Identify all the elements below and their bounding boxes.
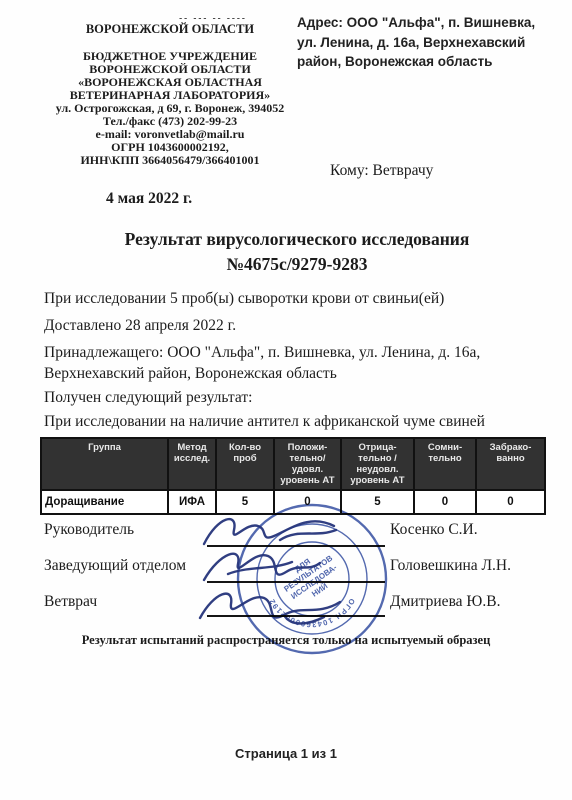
cell-method: ИФА — [168, 490, 216, 514]
signature-role-director: Руководитель — [44, 521, 134, 539]
col-header-negative: Отрица- тельно / неудовл. уровень АТ — [341, 438, 414, 490]
signature-name-veterinarian: Дмитриева Ю.В. — [390, 593, 500, 611]
results-table: Группа Метод исслед. Кол-во проб Положи-… — [40, 437, 546, 515]
cell-sample-count: 5 — [216, 490, 274, 514]
signature-scribble-director — [204, 519, 336, 544]
signature-line — [207, 615, 385, 617]
cell-group: Доращивание — [41, 490, 168, 514]
issuer-region-line: ВОРОНЕЖСКОЙ ОБЛАСТИ — [30, 22, 310, 37]
footer-disclaimer: Результат испытаний распространяется тол… — [0, 633, 572, 648]
stamp-center-line2: РЕЗУЛЬТАТОВ — [282, 554, 334, 594]
body-line-owner: Принадлежащего: ООО "Альфа", п. Вишневка… — [44, 342, 552, 363]
signature-line — [207, 545, 385, 547]
body-line-samples: При исследовании 5 проб(ы) сыворотки кро… — [44, 288, 552, 309]
svg-text:ОГРН 1043600002192: ОГРН 1043600002192 — [267, 597, 357, 629]
signature-role-department-head: Заведующий отделом — [44, 557, 186, 575]
document-date: 4 мая 2022 г. — [106, 190, 192, 208]
body-text: При исследовании 5 проб(ы) сыворотки кро… — [44, 288, 552, 453]
scanned-document-page: -- --- -- ---- ВОРОНЕЖСКОЙ ОБЛАСТИ БЮДЖЕ… — [0, 0, 572, 800]
cell-doubtful: 0 — [414, 490, 476, 514]
body-line-delivered: Доставлено 28 апреля 2022 г. — [44, 315, 552, 336]
recipient-label: Кому: Ветврачу — [330, 162, 433, 180]
stamp-center-line4: НИЙ — [310, 581, 330, 598]
recipient-address-line: Адрес: ООО "Альфа", п. Вишневка, — [297, 13, 563, 33]
issuer-inn-kpp: ИНН\КПП 3664056479/366401001 — [30, 154, 310, 167]
body-line-owner-2: Верхнехавский район, Воронежская область — [44, 363, 552, 384]
page-number-label: Страница 1 из 1 — [0, 746, 572, 761]
body-line-test-subject: При исследовании на наличие антител к аф… — [44, 411, 552, 432]
issuer-organization-block: БЮДЖЕТНОЕ УЧРЕЖДЕНИЕ ВОРОНЕЖСКОЙ ОБЛАСТИ… — [30, 50, 310, 167]
signature-name-department-head: Головешкина Л.Н. — [390, 557, 511, 575]
recipient-address-line: район, Воронежская область — [297, 52, 563, 72]
recipient-address-block: Адрес: ООО "Альфа", п. Вишневка, ул. Лен… — [297, 13, 563, 72]
col-header-positive: Положи- тельно/ удовл. уровень АТ — [274, 438, 341, 490]
table-row: Доращивание ИФА 5 0 5 0 0 — [41, 490, 545, 514]
col-header-rejected: Забрако- ванно — [476, 438, 545, 490]
col-header-method: Метод исслед. — [168, 438, 216, 490]
round-stamp — [238, 505, 386, 653]
stamp-center-line1: ДЛЯ — [293, 557, 312, 574]
signature-role-veterinarian: Ветврач — [44, 593, 97, 611]
cell-rejected: 0 — [476, 490, 545, 514]
cell-positive: 0 — [274, 490, 341, 514]
signature-scribble-veterinarian — [200, 594, 340, 624]
body-line-result-intro: Получен следующий результат: — [44, 387, 552, 408]
cell-negative: 5 — [341, 490, 414, 514]
signature-line — [207, 581, 385, 583]
recipient-address-line: ул. Ленина, д. 16а, Верхнехавский — [297, 33, 563, 53]
document-title: Результат вирусологического исследования… — [0, 227, 572, 277]
col-header-doubtful: Сомни- тельно — [414, 438, 476, 490]
signature-name-director: Косенко С.И. — [390, 521, 478, 539]
col-header-group: Группа — [41, 438, 168, 490]
results-table-header-row: Группа Метод исслед. Кол-во проб Положи-… — [41, 438, 545, 490]
document-number: №4675с/9279-9283 — [22, 252, 572, 277]
signature-scribble-department-head — [204, 554, 320, 580]
document-title-line1: Результат вирусологического исследования — [22, 227, 572, 252]
handwritten-signatures — [200, 519, 340, 623]
stamp-ogrn-text: ОГРН 1043600002192 — [267, 597, 357, 629]
col-header-sample-count: Кол-во проб — [216, 438, 274, 490]
